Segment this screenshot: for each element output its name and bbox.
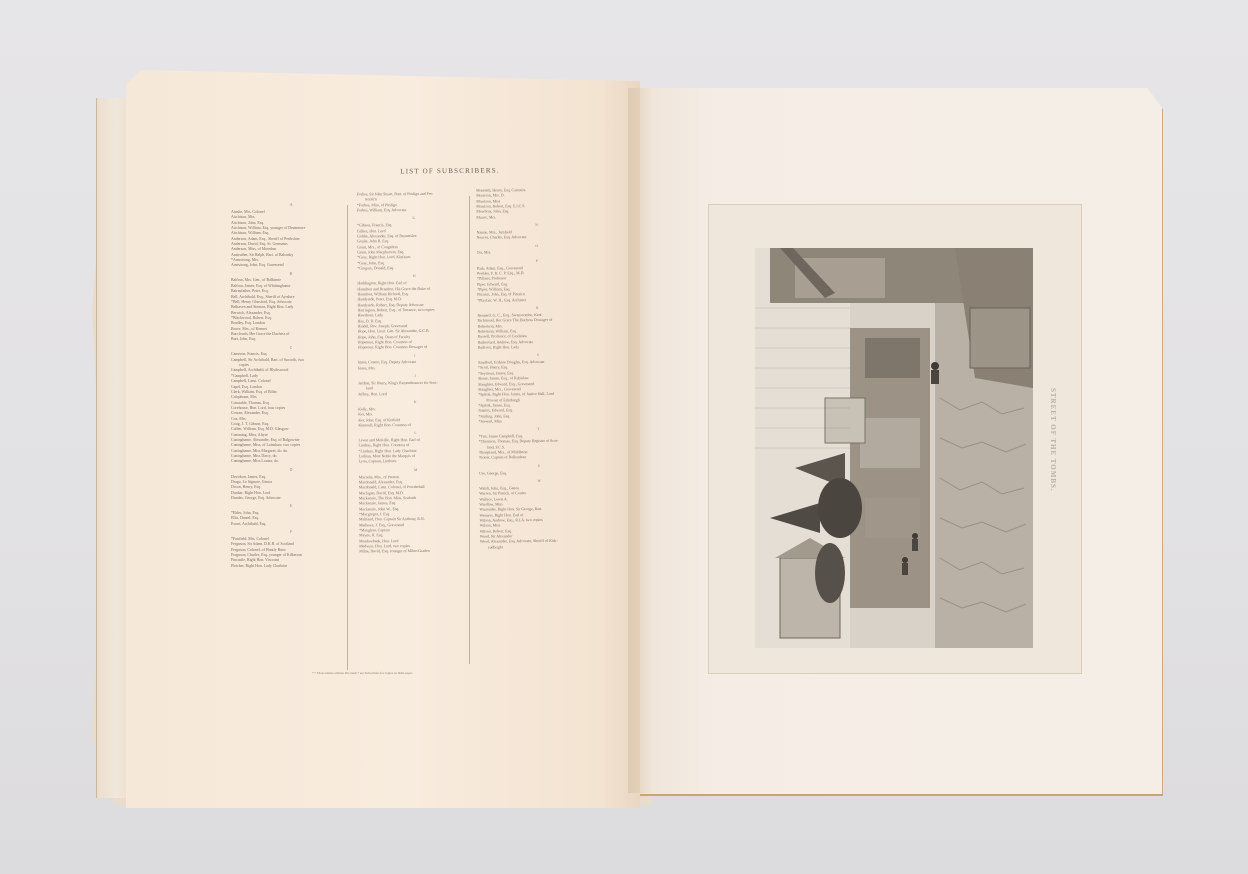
- section-letter: U: [479, 463, 599, 470]
- footnote: *,* Those names without this mark * are …: [312, 671, 532, 675]
- subscriber-entry: *Gregory, Donald, Esq.: [357, 266, 471, 272]
- subscriber-entry: Ruthven, Right Hon. Lady: [478, 344, 598, 351]
- section-letter: I: [358, 353, 472, 359]
- subscriber-entry: Fletcher, Right Hon. Lady Charlotte: [231, 564, 351, 569]
- section-letter: P: [477, 258, 597, 265]
- subscriber-entry: Burt, John, Esq.: [231, 337, 351, 342]
- section-letter: L: [358, 431, 472, 437]
- engraving-street-of-tombs: [755, 248, 1033, 648]
- engraving-image: [755, 248, 1033, 648]
- column-divider: [347, 205, 348, 670]
- book-gutter: [628, 88, 652, 793]
- section-letter: O: [477, 243, 597, 250]
- subscriber-entry: Cuninghame, Miss Louisa, do.: [231, 459, 351, 464]
- subscriber-entry: Orr, Mrs.: [477, 250, 597, 257]
- subscriber-entry: *Playfair, W. H., Esq. Architect: [477, 297, 597, 304]
- section-letter: J: [358, 374, 472, 380]
- section-letter: H: [357, 274, 471, 280]
- subscriber-entry: Ewart, Archibald, Esq.: [231, 522, 351, 527]
- section-letter: B: [231, 272, 351, 277]
- subscriber-entry: Kinnoull, Right Hon. Countess of: [358, 423, 472, 429]
- subscriber-entry: Munro, Mrs.: [476, 214, 596, 221]
- section-letter: M: [359, 467, 473, 473]
- subscriber-entry: Neaves, Charles, Esq. Advocate: [477, 235, 597, 242]
- subscriber-entry: Forbes, William, Esq. Advocate: [357, 208, 471, 214]
- subscriber-entry: Lyon, Captain, Lindores: [359, 459, 473, 465]
- subscriber-column-2: Forbes, Sir John Stuart, Bart. of Pitsli…: [357, 192, 474, 556]
- section-letter: K: [358, 400, 472, 406]
- section-letter: S: [478, 353, 598, 360]
- subscriber-entry: Milne, David, Esq. younger of Milne-Grad…: [359, 549, 473, 555]
- section-letter: N: [476, 222, 596, 229]
- section-letter: A: [231, 203, 351, 208]
- section-letter: D: [231, 468, 351, 473]
- subscriber-entry: Armstrong, John, Esq. Gravesend: [231, 263, 351, 268]
- column-divider: [469, 196, 470, 664]
- section-letter: R: [477, 305, 597, 312]
- section-letter: W: [479, 478, 599, 485]
- section-letter: F: [231, 530, 351, 535]
- subscriber-entry: *Stewart, Miss: [479, 418, 599, 425]
- subscriber-entry: Jeffrey, Hon. Lord: [358, 391, 472, 397]
- plate-caption: STREET OF THE TOMBS.: [1047, 380, 1057, 500]
- section-letter: C: [231, 346, 351, 351]
- subscriber-entry: Innes, Mrs.: [358, 365, 472, 371]
- subscriber-entry: Ure, George, Esq.: [479, 470, 599, 477]
- subscriber-column-3: Monteith, Henry, Esq. CarstairsMorrison,…: [476, 187, 600, 550]
- subscriber-entry: Hopetoun, Right Hon. Countess Dowager of: [358, 345, 472, 351]
- section-letter: G: [357, 216, 471, 222]
- subscriber-entry: Trotter, Captain of Ballendean: [479, 455, 599, 462]
- section-letter: T: [479, 427, 599, 434]
- section-letter: E: [231, 504, 351, 509]
- subscriber-entry: Dundas, George, Esq. Advocate: [231, 496, 351, 501]
- subscriber-column-1: AAinslie, Mrs. ColonelAitchison, Mrs.Ait…: [231, 200, 351, 569]
